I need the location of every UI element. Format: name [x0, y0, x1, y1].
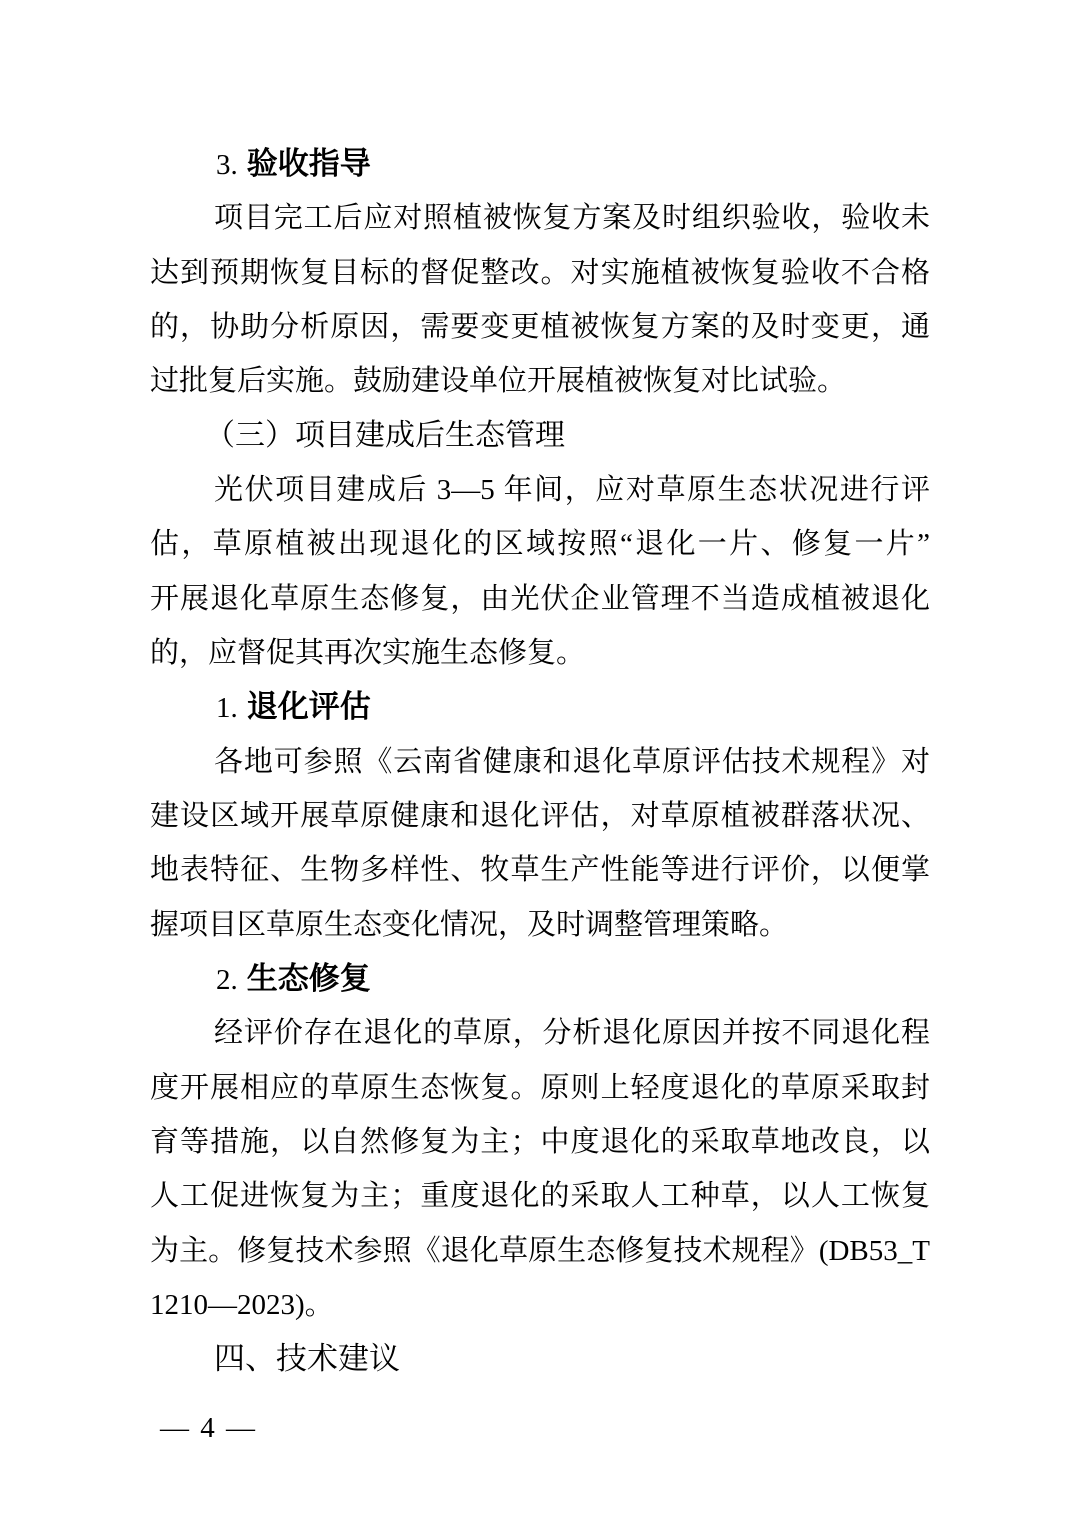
- heading-number: 1.: [216, 692, 238, 724]
- paragraph-line: 人工促进恢复为主；重度退化的采取人工种草，以人工恢复: [150, 1169, 930, 1223]
- subheading-ecological-restoration: 2.生态修复: [150, 952, 930, 1006]
- paragraph-line: 育等措施，以自然修复为主；中度退化的采取草地改良，以: [150, 1115, 930, 1169]
- subheading-degradation-assessment: 1.退化评估: [150, 680, 930, 734]
- paragraph-line: 开展退化草原生态修复，由光伏企业管理不当造成植被退化: [150, 572, 930, 626]
- heading-number: 2.: [216, 964, 238, 996]
- paragraph-line: 为主。修复技术参照《退化草原生态修复技术规程》(DB53_T: [150, 1224, 930, 1278]
- document-body: 3.验收指导 项目完工后应对照植被恢复方案及时组织验收，验收未 达到预期恢复目标…: [150, 137, 930, 1387]
- subheading-acceptance-guidance: 3.验收指导: [150, 137, 930, 191]
- page-number: — 4 —: [160, 1411, 257, 1445]
- paragraph-line: 的，协助分析原因，需要变更植被恢复方案的及时变更，通: [150, 300, 930, 354]
- heading-title: 验收指导: [247, 146, 371, 181]
- section-heading-post-construction-management: （三）项目建成后生态管理: [150, 409, 930, 463]
- paragraph-line: 经评价存在退化的草原，分析退化原因并按不同退化程: [150, 1006, 930, 1060]
- heading-title: 退化评估: [247, 689, 371, 724]
- heading-title: 生态修复: [247, 961, 371, 996]
- paragraph-line: 各地可参照《云南省健康和退化草原评估技术规程》对: [150, 735, 930, 789]
- paragraph-line: 建设区域开展草原健康和退化评估，对草原植被群落状况、: [150, 789, 930, 843]
- paragraph-line: 光伏项目建成后 3—5 年间，应对草原生态状况进行评: [150, 463, 930, 517]
- paragraph-line: 1210—2023)。: [150, 1278, 930, 1332]
- paragraph-line: 握项目区草原生态变化情况，及时调整管理策略。: [150, 898, 930, 952]
- paragraph-line: 的，应督促其再次实施生态修复。: [150, 626, 930, 680]
- heading-number: 3.: [216, 149, 238, 181]
- paragraph-line: 估，草原植被出现退化的区域按照“退化一片、修复一片”: [150, 517, 930, 571]
- paragraph-line: 地表特征、生物多样性、牧草生产性能等进行评价，以便掌: [150, 843, 930, 897]
- chapter-heading-technical-recommendations: 四、技术建议: [150, 1332, 930, 1386]
- paragraph-line: 过批复后实施。鼓励建设单位开展植被恢复对比试验。: [150, 354, 930, 408]
- paragraph-line: 达到预期恢复目标的督促整改。对实施植被恢复验收不合格: [150, 246, 930, 300]
- paragraph-line: 项目完工后应对照植被恢复方案及时组织验收，验收未: [150, 191, 930, 245]
- paragraph-line: 度开展相应的草原生态恢复。原则上轻度退化的草原采取封: [150, 1061, 930, 1115]
- document-page: 3.验收指导 项目完工后应对照植被恢复方案及时组织验收，验收未 达到预期恢复目标…: [0, 0, 1080, 1527]
